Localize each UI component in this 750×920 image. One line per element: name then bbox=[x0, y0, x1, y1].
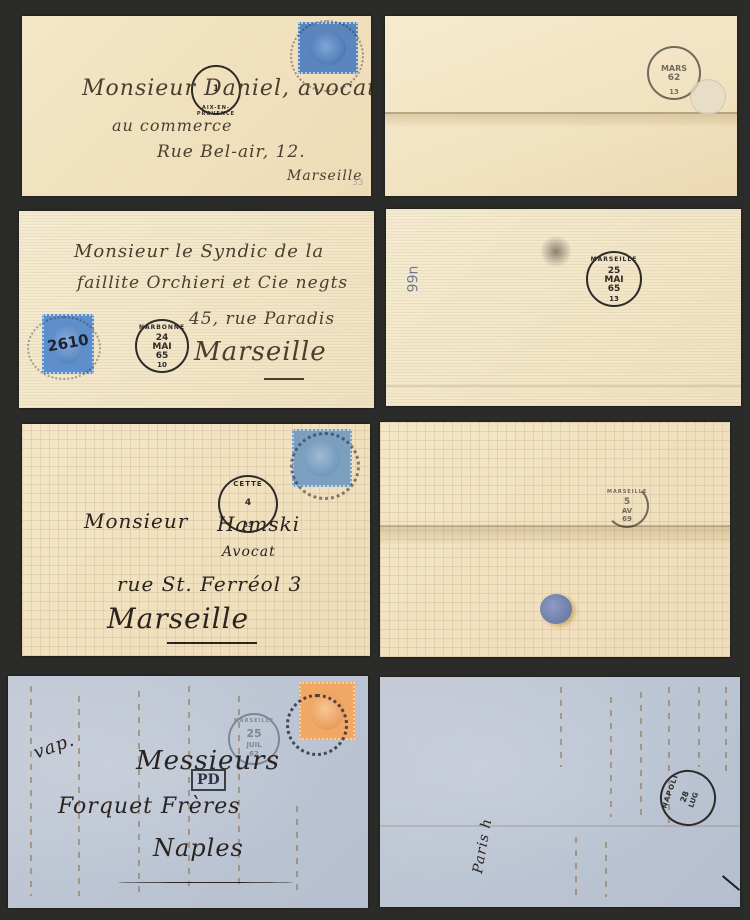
fold-line bbox=[380, 525, 730, 527]
underline bbox=[118, 882, 293, 883]
address-line-2: au commerce bbox=[112, 116, 232, 135]
address-line-2: faillite Orchieri et Cie negts bbox=[77, 273, 348, 293]
cancel-dots-cover-2 bbox=[27, 316, 101, 380]
side-note: vap. bbox=[31, 729, 78, 763]
address-line-3: Rue Bel-air, 12. bbox=[157, 142, 306, 162]
address-line-4: Marseille bbox=[194, 337, 327, 367]
fold-line bbox=[385, 112, 737, 114]
address-line-2: Hamski bbox=[217, 512, 300, 536]
wax-seal bbox=[540, 594, 572, 624]
postmark-marseille-back-3: MARSEILLE 5 AV 69 bbox=[605, 484, 649, 528]
address-line-3: Avocat bbox=[222, 544, 276, 560]
pen-stroke bbox=[722, 875, 740, 891]
cover-1-front: AIX-EN-PROVENCE 1 Monsieur Daniel, avoca… bbox=[22, 16, 371, 196]
cover-2-front: Monsieur le Syndic de la faillite Orchie… bbox=[19, 211, 374, 408]
address-line-2: Forquet Frères bbox=[58, 794, 241, 819]
cover-3-back: MARSEILLE 5 AV 69 bbox=[380, 422, 730, 657]
address-line-1: Monsieur le Syndic de la bbox=[74, 241, 324, 262]
postmark-narbonne: NARBONNE 24 MAI 65 10 bbox=[135, 319, 189, 373]
pencil-note: 99n bbox=[405, 266, 421, 293]
cancel-dots-cover-4 bbox=[286, 694, 348, 756]
cover-3-front: CETTE 4 33 Monsieur Hamski Avocat rue St… bbox=[22, 424, 370, 656]
ink-smudge bbox=[541, 234, 571, 269]
address-line-4: rue St. Ferréol 3 bbox=[117, 572, 302, 596]
postmark-napoli: NAPOLI 28 LUG bbox=[652, 762, 724, 834]
fold-line bbox=[386, 385, 741, 387]
cover-1-back: MARS 62 13 bbox=[385, 16, 737, 196]
address-line-1: Messieurs bbox=[136, 746, 280, 776]
cancel-dots-cover-3 bbox=[290, 432, 360, 500]
wax-seal-trace bbox=[690, 79, 726, 115]
address-line-1: Monsieur Daniel, avocat bbox=[82, 76, 371, 101]
address-line-3: 45, rue Paradis bbox=[189, 309, 335, 329]
address-line-3: Naples bbox=[153, 834, 244, 862]
pencil-note: 33 bbox=[352, 178, 363, 188]
address-line-1: Monsieur bbox=[84, 509, 188, 533]
underline bbox=[167, 642, 257, 644]
cover-4-back: NAPOLI 28 LUG Paris h bbox=[380, 677, 740, 907]
cover-2-back: 99n MARSEILLE 25 MAI 65 13 bbox=[386, 209, 741, 406]
postmark-marseille-back-2: MARSEILLE 25 MAI 65 13 bbox=[586, 251, 642, 307]
cover-4-front: MARSEILLE 25 JUIL 62 PD vap. Messieurs F… bbox=[8, 676, 368, 908]
address-line-5: Marseille bbox=[107, 602, 249, 635]
underline bbox=[264, 378, 304, 380]
